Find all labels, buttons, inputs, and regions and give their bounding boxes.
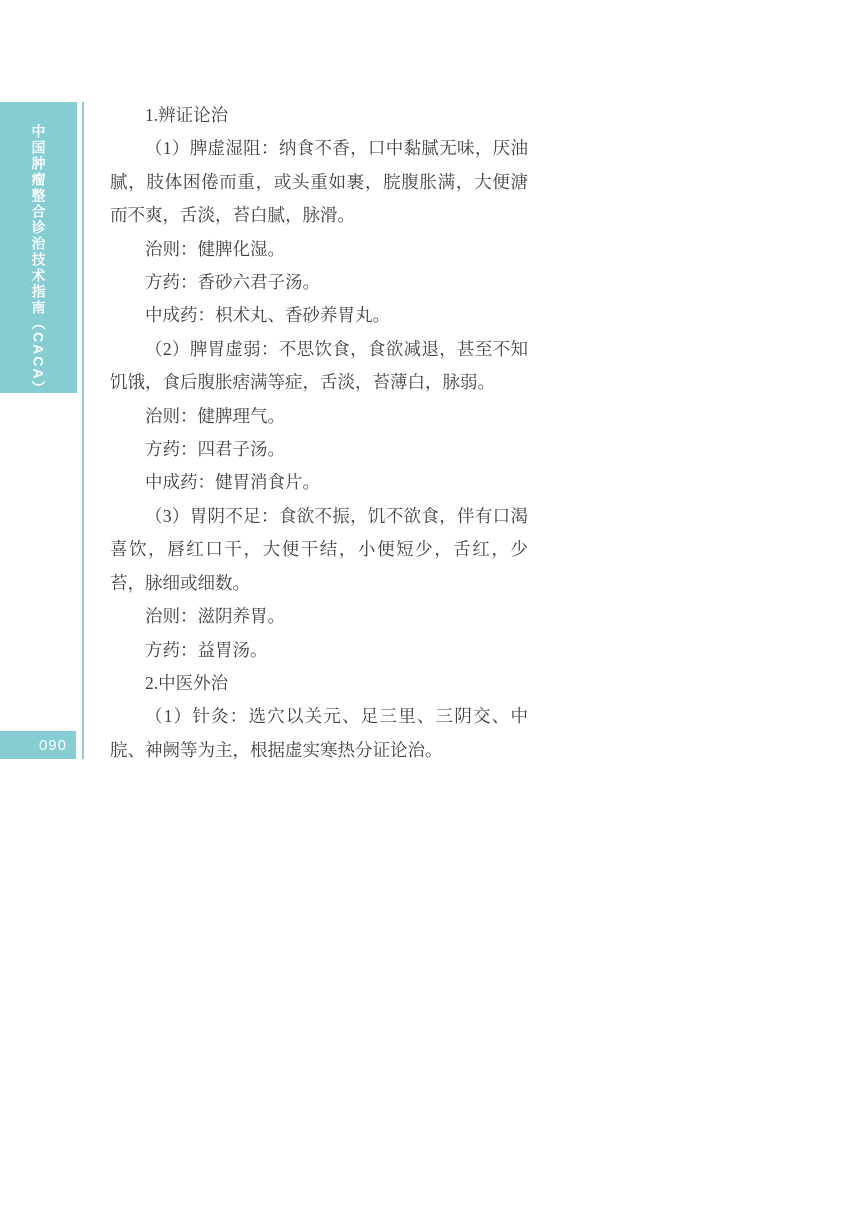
document-page: 中国肿瘤整合诊治技术指南（CACA） 090 1.辨证论治 （1）脾虚湿阻：纳食… — [0, 0, 867, 1218]
section-heading-2: 2.中医外治 — [110, 667, 528, 700]
paragraph-acupuncture: （1）针灸：选穴以关元、足三里、三阴交、中脘、神阙等为主，根据虚实寒热分证论治。 — [110, 700, 528, 767]
page-number-badge: 090 — [0, 731, 76, 759]
page-number: 090 — [39, 737, 67, 754]
section-heading: 1.辨证论治 — [110, 99, 528, 132]
book-title-vertical-text: 中国肿瘤整合诊治技术指南（CACA） — [29, 124, 49, 396]
paragraph-formula-1: 方药：香砂六君子汤。 — [110, 266, 528, 299]
book-title-sidebar: 中国肿瘤整合诊治技术指南（CACA） — [0, 102, 77, 393]
paragraph-patent-medicine-2: 中成药：健胃消食片。 — [110, 466, 528, 499]
paragraph-formula-2: 方药：四君子汤。 — [110, 433, 528, 466]
paragraph-syndrome-2: （2）脾胃虚弱：不思饮食，食欲减退，甚至不知饥饿，食后腹胀痞满等症，舌淡，苔薄白… — [110, 333, 528, 400]
paragraph-principle-3: 治则：滋阴养胃。 — [110, 600, 528, 633]
page-content: 1.辨证论治 （1）脾虚湿阻：纳食不香，口中黏腻无味，厌油腻，肢体困倦而重，或头… — [110, 99, 528, 767]
paragraph-formula-3: 方药：益胃汤。 — [110, 634, 528, 667]
vertical-divider-rule — [82, 102, 84, 759]
paragraph-principle-2: 治则：健脾理气。 — [110, 400, 528, 433]
paragraph-patent-medicine-1: 中成药：枳术丸、香砂养胃丸。 — [110, 299, 528, 332]
paragraph-syndrome-1: （1）脾虚湿阻：纳食不香，口中黏腻无味，厌油腻，肢体困倦而重，或头重如裹，脘腹胀… — [110, 132, 528, 232]
paragraph-principle-1: 治则：健脾化湿。 — [110, 233, 528, 266]
paragraph-syndrome-3: （3）胃阴不足：食欲不振，饥不欲食，伴有口渴喜饮，唇红口干，大便干结，小便短少，… — [110, 500, 528, 600]
